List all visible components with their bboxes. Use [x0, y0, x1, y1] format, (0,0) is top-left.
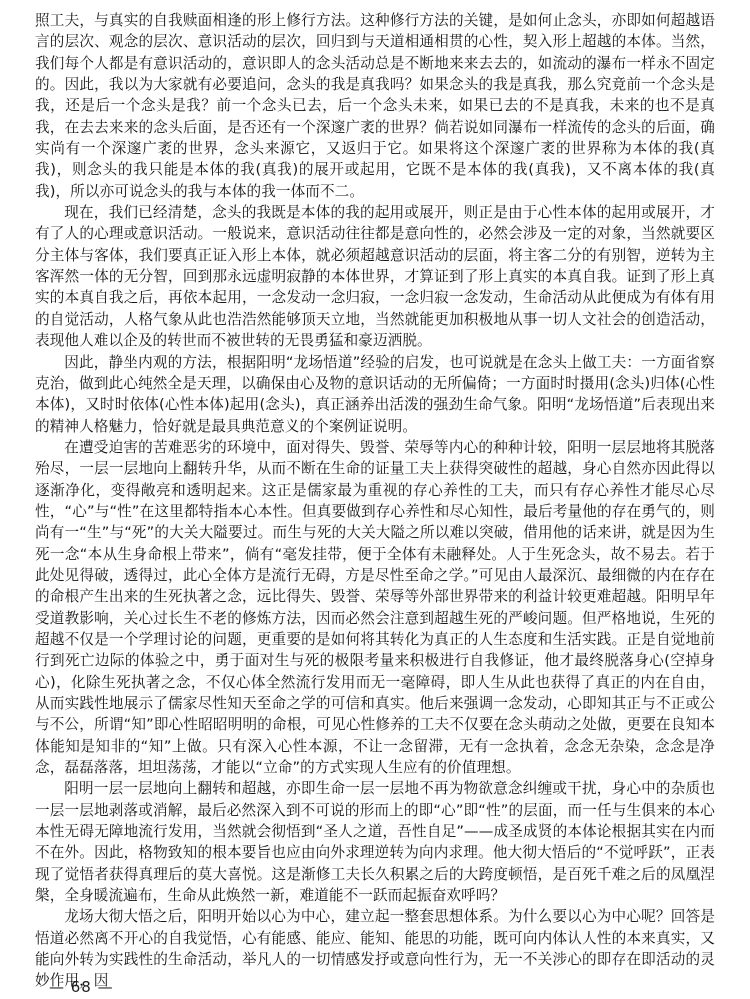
paragraph-continuation: 照工夫，与真实的自我赎面相逢的形上修行方法。这种修行方法的关键，是如何止念头，亦…	[35, 10, 715, 202]
paragraph: 因此，静坐内观的方法，根据阳明“龙场悟道”经验的启发，也可说就是在念头上做工夫：…	[35, 352, 715, 437]
page-footer: — 68 —	[49, 978, 114, 996]
page-number: — 68 —	[49, 978, 114, 996]
book-page: 照工夫，与真实的自我赎面相逢的形上修行方法。这种修行方法的关键，是如何止念头，亦…	[0, 0, 750, 999]
paragraph: 阳明一层一层地向上翻转和超越，亦即生命一层一层地不再为物欲意念纠缠或干扰，身心中…	[35, 778, 715, 906]
paragraph: 龙场大彻大悟之后，阳明开始以心为中心，建立起一整套思想体系。为什么要以心为中心呢…	[35, 906, 715, 991]
paragraph: 在遭受迫害的苦难恶劣的环境中，面对得失、毁誉、荣辱等内心的种种计较，阳明一层层地…	[35, 437, 715, 779]
paragraph: 现在，我们已经清楚，念头的我既是本体的我的起用或展开，则正是由于心性本体的起用或…	[35, 202, 715, 351]
body-text: 照工夫，与真实的自我赎面相逢的形上修行方法。这种修行方法的关键，是如何止念头，亦…	[35, 10, 715, 992]
